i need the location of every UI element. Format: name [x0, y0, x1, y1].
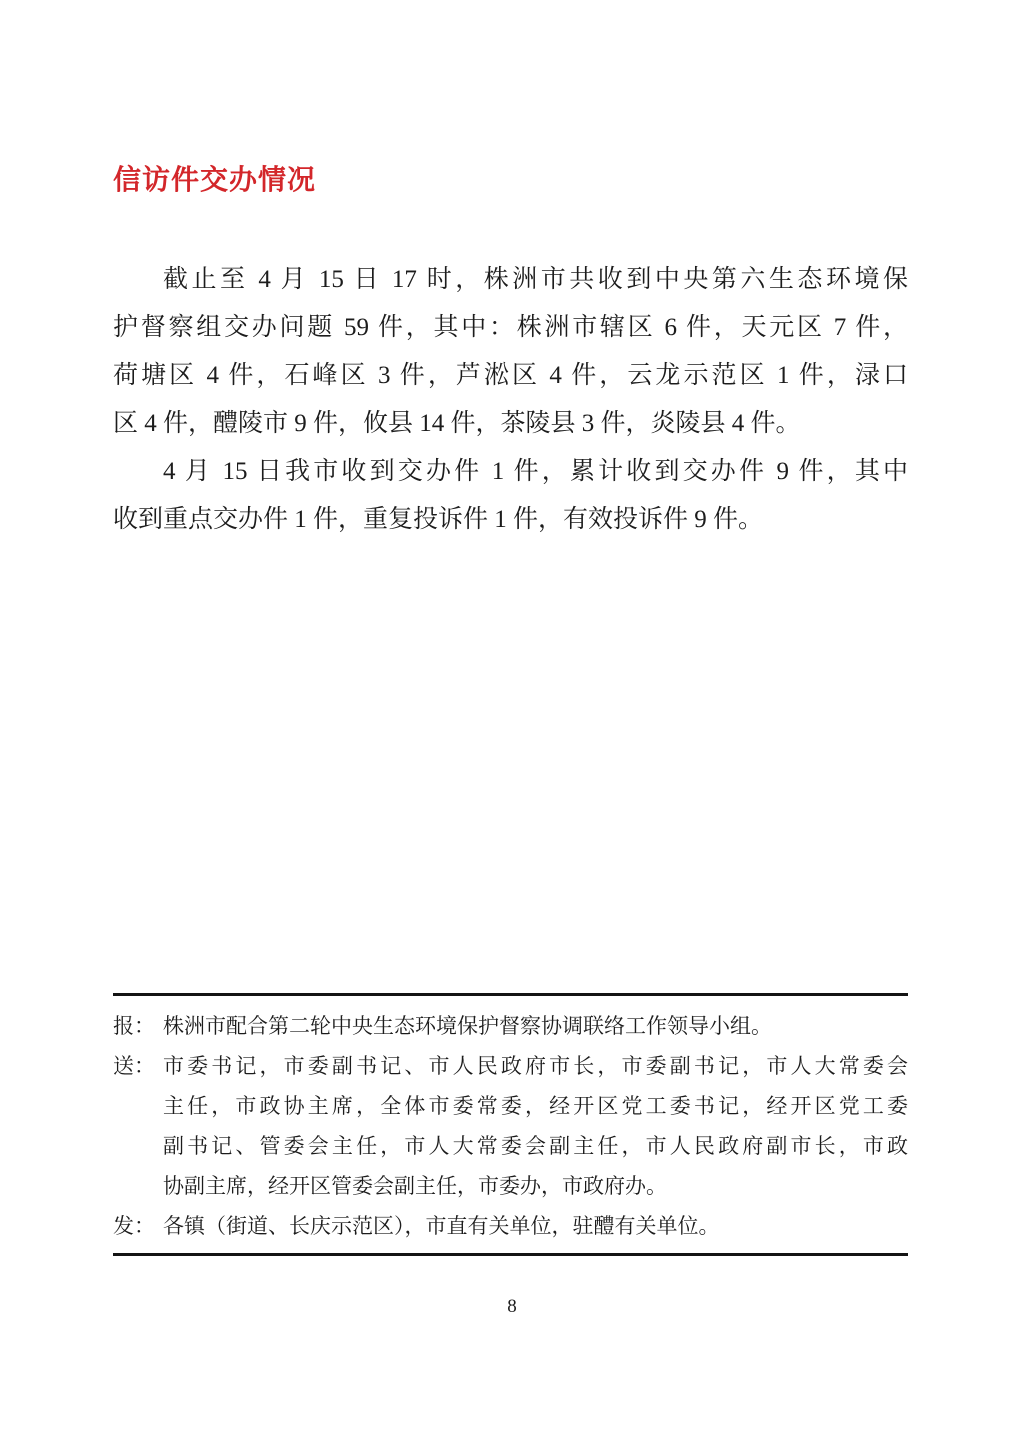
issue-to-label: 发： — [113, 1206, 163, 1246]
issue-to-text: 各镇（街道、长庆示范区），市直有关单位，驻醴有关单位。 — [163, 1206, 908, 1246]
issue-to-row: 发： 各镇（街道、长庆示范区），市直有关单位，驻醴有关单位。 — [113, 1206, 908, 1246]
paragraph-line: 4 月 15 日我市收到交办件 1 件，累计收到交办件 9 件，其中 — [113, 448, 908, 496]
page-title: 信访件交办情况 — [113, 158, 316, 198]
paragraph-line: 区 4 件，醴陵市 9 件，攸县 14 件，茶陵县 3 件，炎陵县 4 件。 — [113, 400, 908, 448]
footer-top-rule — [113, 993, 908, 996]
footer-bottom-rule — [113, 1253, 908, 1256]
send-to-content: 市委书记，市委副书记、市人民政府市长，市委副书记，市人大常委会 主任，市政协主席… — [163, 1046, 908, 1206]
distribution-footer: 报： 株洲市配合第二轮中央生态环境保护督察协调联络工作领导小组。 送： 市委书记… — [113, 993, 908, 1256]
report-to-label: 报： — [113, 1006, 163, 1046]
issue-to-content: 各镇（街道、长庆示范区），市直有关单位，驻醴有关单位。 — [163, 1206, 908, 1246]
send-to-label: 送： — [113, 1046, 163, 1206]
paragraph-line: 护督察组交办问题 59 件，其中：株洲市辖区 6 件，天元区 7 件， — [113, 304, 908, 352]
report-to-text: 株洲市配合第二轮中央生态环境保护督察协调联络工作领导小组。 — [163, 1006, 908, 1046]
paragraph-line: 荷塘区 4 件，石峰区 3 件，芦淞区 4 件，云龙示范区 1 件，渌口 — [113, 352, 908, 400]
send-to-line: 副书记、管委会主任，市人大常委会副主任，市人民政府副市长，市政 — [163, 1126, 908, 1166]
body-text: 截止至 4 月 15 日 17 时，株洲市共收到中央第六生态环境保 护督察组交办… — [113, 256, 908, 544]
report-to-content: 株洲市配合第二轮中央生态环境保护督察协调联络工作领导小组。 — [163, 1006, 908, 1046]
send-to-row: 送： 市委书记，市委副书记、市人民政府市长，市委副书记，市人大常委会 主任，市政… — [113, 1046, 908, 1206]
page-number: 8 — [0, 1296, 1024, 1318]
paragraph: 4 月 15 日我市收到交办件 1 件，累计收到交办件 9 件，其中 收到重点交… — [113, 448, 908, 544]
send-to-line: 协副主席，经开区管委会副主任，市委办，市政府办。 — [163, 1166, 908, 1206]
paragraph-line: 截止至 4 月 15 日 17 时，株洲市共收到中央第六生态环境保 — [113, 256, 908, 304]
document-page: 信访件交办情况 截止至 4 月 15 日 17 时，株洲市共收到中央第六生态环境… — [0, 0, 1024, 1448]
paragraph-line: 收到重点交办件 1 件，重复投诉件 1 件，有效投诉件 9 件。 — [113, 496, 908, 544]
send-to-line: 市委书记，市委副书记、市人民政府市长，市委副书记，市人大常委会 — [163, 1046, 908, 1086]
send-to-line: 主任，市政协主席，全体市委常委，经开区党工委书记，经开区党工委 — [163, 1086, 908, 1126]
paragraph: 截止至 4 月 15 日 17 时，株洲市共收到中央第六生态环境保 护督察组交办… — [113, 256, 908, 448]
report-to-row: 报： 株洲市配合第二轮中央生态环境保护督察协调联络工作领导小组。 — [113, 1006, 908, 1046]
